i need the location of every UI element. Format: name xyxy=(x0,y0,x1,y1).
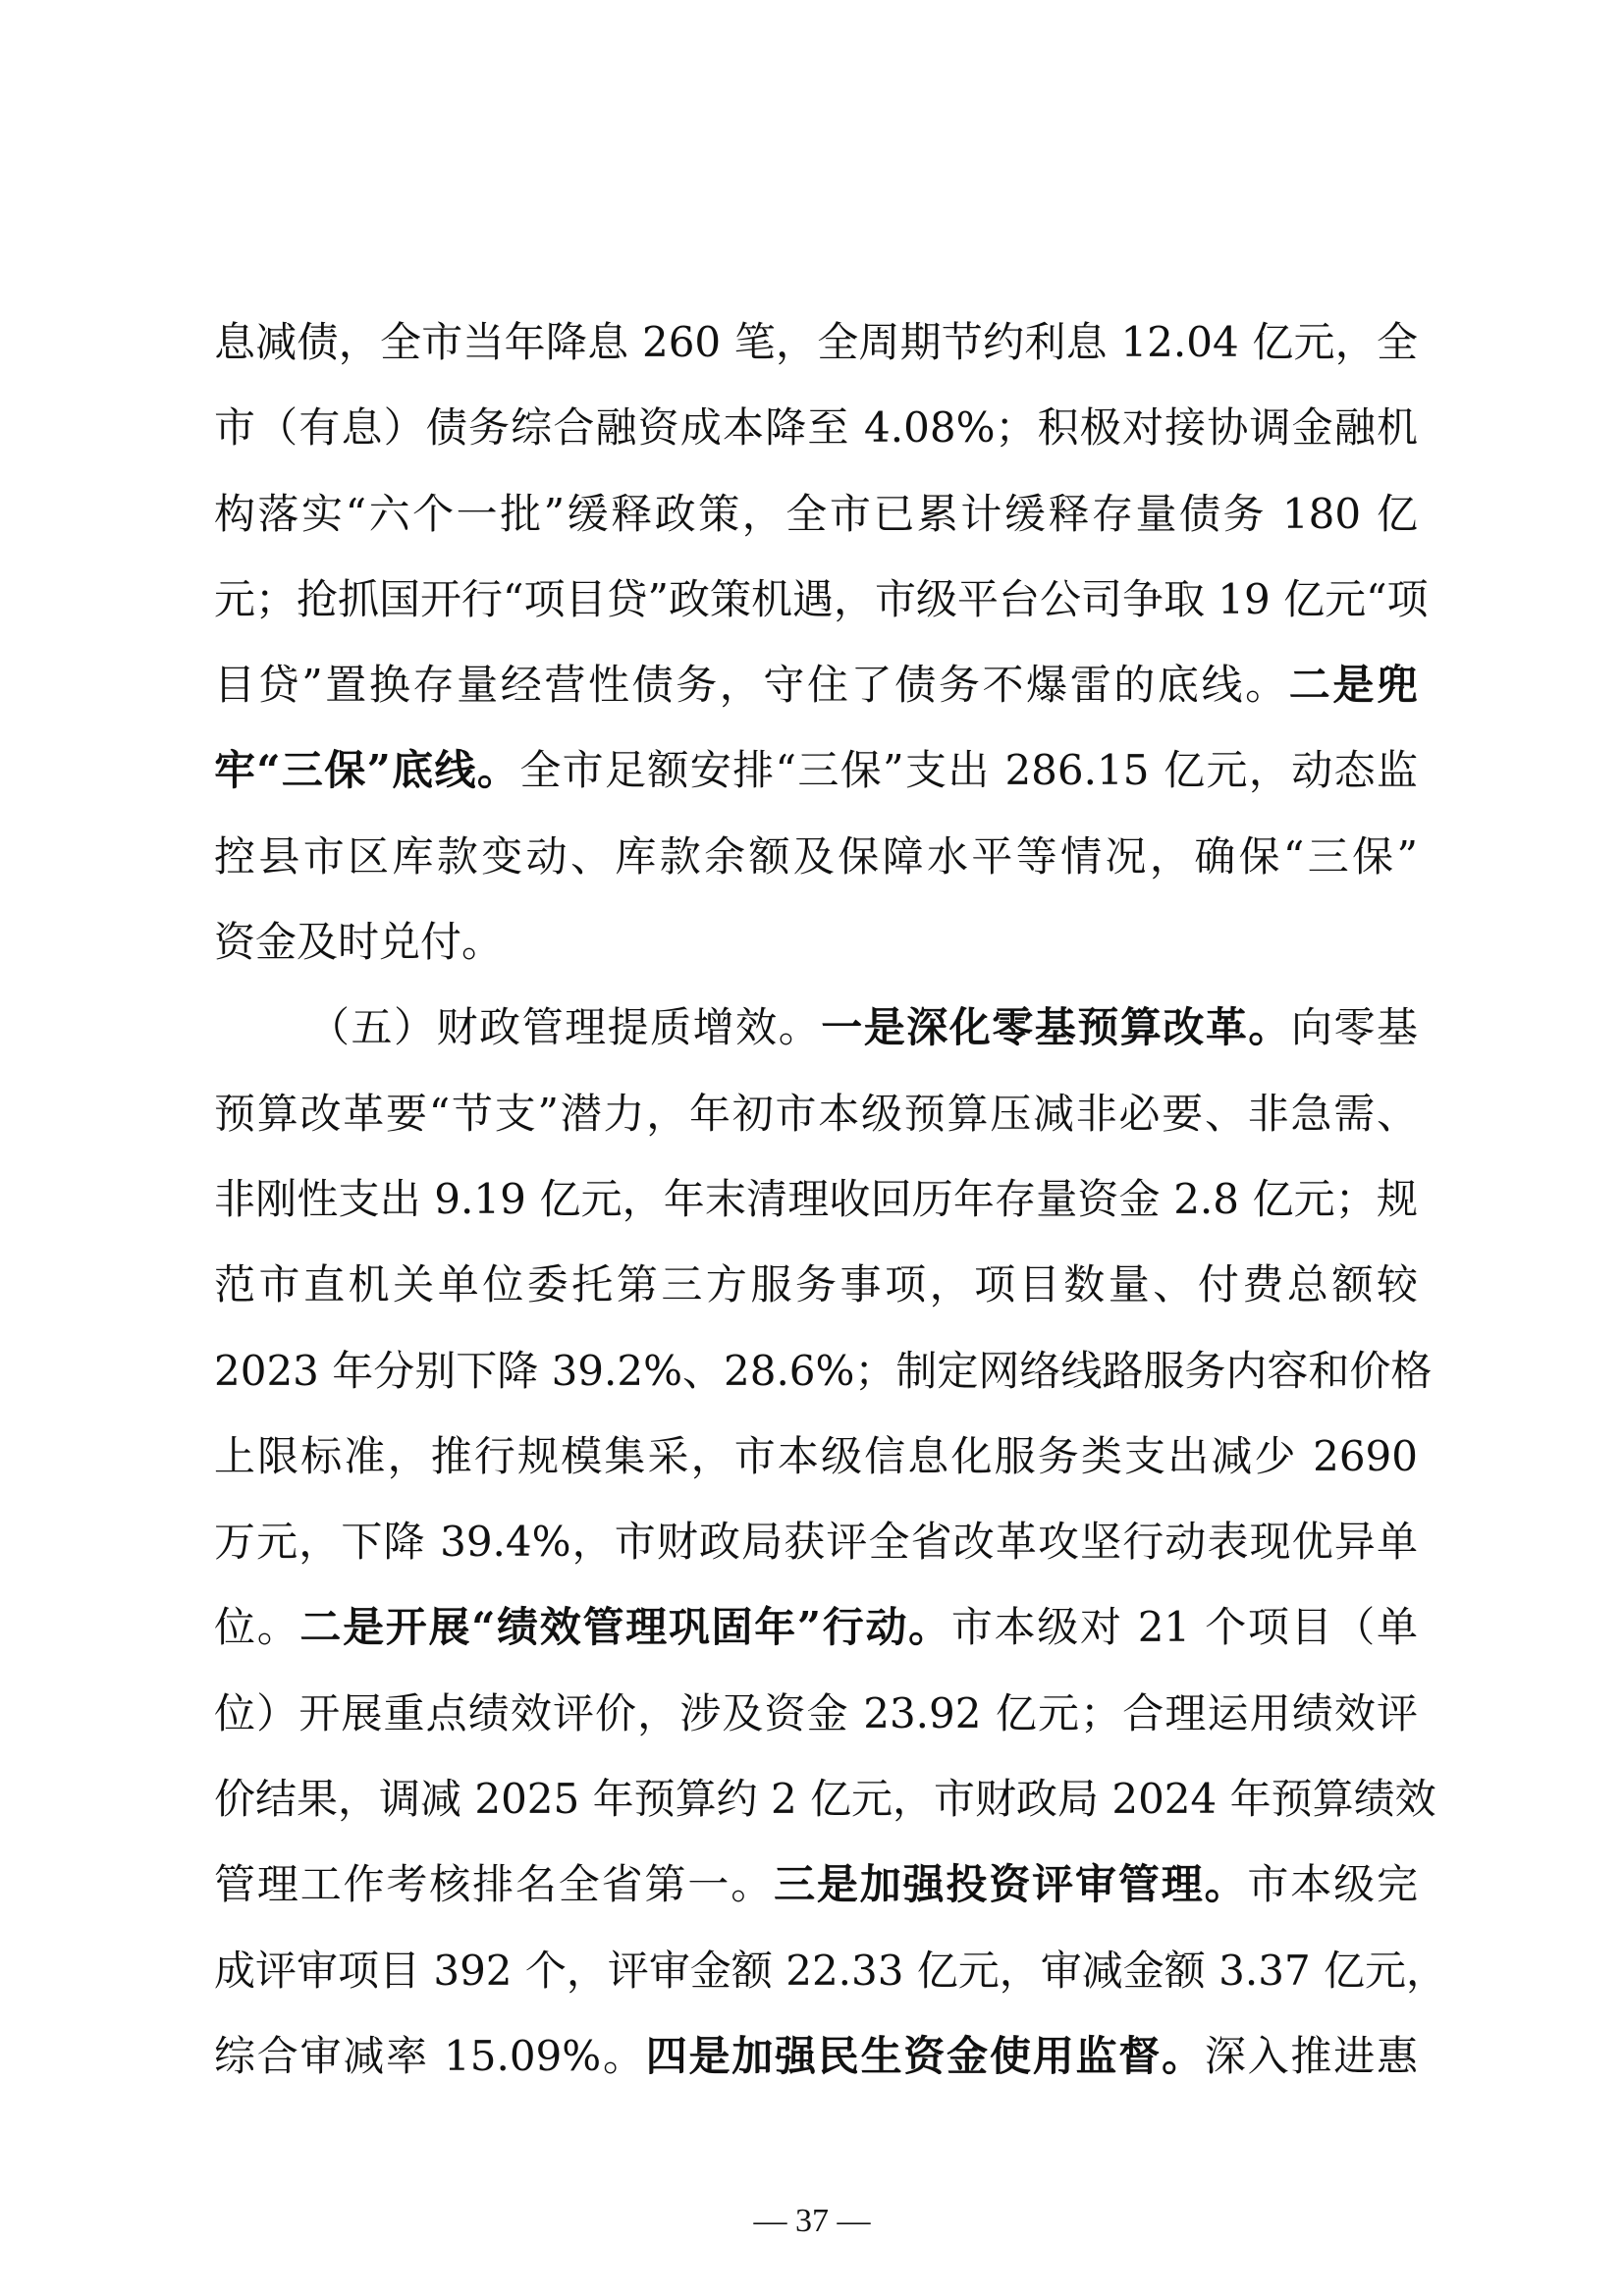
text-line: 2023 年分别下降 39.2%、28.6%；制定网络线路服务内容和价格 xyxy=(214,1328,1418,1414)
text-line: 构落实“六个一批”缓释政策，全市已累计缓释存量债务 180 亿 xyxy=(214,471,1418,557)
text-line: 位。二是开展“绩效管理巩固年”行动。市本级对 21 个项目（单 xyxy=(214,1584,1418,1670)
text-line: 元；抢抓国开行“项目贷”政策机遇，市级平台公司争取 19 亿元“项 xyxy=(214,557,1418,642)
text-line: （五）财政管理提质增效。一是深化零基预算改革。向零基 xyxy=(214,985,1418,1070)
body-text-segment: 控县市区库款变动、库款余额及保障水平等情况，确保“三保” xyxy=(214,832,1418,881)
body-text-segment: （五）财政管理提质增效。 xyxy=(308,1003,821,1051)
body-text-segment: 预算改革要“节支”潜力，年初市本级预算压减非必要、非急需、 xyxy=(214,1090,1418,1138)
body-text-segment: 管理工作考核排名全省第一。 xyxy=(214,1860,774,1908)
text-line: 上限标准，推行规模集采，市本级信息化服务类支出减少 2690 xyxy=(214,1414,1418,1499)
text-line: 非刚性支出 9.19 亿元，年末清理收回历年存量资金 2.8 亿元；规 xyxy=(214,1156,1418,1242)
body-text-segment: 范市直机关单位委托第三方服务事项，项目数量、付费总额较 xyxy=(214,1260,1418,1308)
body-text-segment: 成评审项目 392 个，评审金额 22.33 亿元，审减金额 3.37 亿元， xyxy=(214,1947,1447,1995)
bold-heading-text: 二是开展“绩效管理巩固年”行动。 xyxy=(299,1603,950,1651)
text-line: 目贷”置换存量经营性债务，守住了债务不爆雷的底线。二是兜 xyxy=(214,642,1418,727)
body-text-segment: 2023 年分别下降 39.2%、28.6%；制定网络线路服务内容和价格 xyxy=(214,1347,1432,1395)
text-line: 范市直机关单位委托第三方服务事项，项目数量、付费总额较 xyxy=(214,1242,1418,1327)
text-line: 息减债，全市当年降息 260 笔，全周期节约利息 12.04 亿元，全 xyxy=(214,299,1418,385)
body-text-segment: 目贷”置换存量经营性债务，守住了债务不爆雷的底线。 xyxy=(214,661,1289,709)
bold-heading-text: 二是兜 xyxy=(1289,661,1418,709)
body-text-segment: 价结果，调减 2025 年预算约 2 亿元，市财政局 2024 年预算绩效 xyxy=(214,1775,1436,1823)
text-line: 预算改革要“节支”潜力，年初市本级预算压减非必要、非急需、 xyxy=(214,1071,1418,1156)
document-page: 息减债，全市当年降息 260 笔，全周期节约利息 12.04 亿元，全市（有息）… xyxy=(0,0,1624,2296)
body-text-segment: 深入推进惠 xyxy=(1205,2032,1418,2080)
body-text-segment: 市（有息）债务综合融资成本降至 4.08%；积极对接协调金融机 xyxy=(214,403,1418,452)
text-line: 成评审项目 392 个，评审金额 22.33 亿元，审减金额 3.37 亿元， xyxy=(214,1928,1418,2013)
body-text-segment: 全市足额安排“三保”支出 286.15 亿元，动态监 xyxy=(519,746,1418,794)
text-line: 综合审减率 15.09%。四是加强民生资金使用监督。深入推进惠 xyxy=(214,2013,1418,2099)
body-text-segment: 综合审减率 15.09%。 xyxy=(214,2032,646,2080)
body-text-segment: 上限标准，推行规模集采，市本级信息化服务类支出减少 2690 xyxy=(214,1432,1418,1480)
body-text-segment: 位。 xyxy=(214,1603,299,1651)
bold-heading-text: 牢“三保”底线。 xyxy=(214,746,519,794)
body-text-segment: 市本级对 21 个项目（单 xyxy=(951,1603,1418,1651)
body-text-segment: 构落实“六个一批”缓释政策，全市已累计缓释存量债务 180 亿 xyxy=(214,490,1418,538)
page-number: — 37 — xyxy=(0,2203,1624,2240)
body-text-segment: 资金及时兑付。 xyxy=(214,918,503,966)
body-text: 息减债，全市当年降息 260 笔，全周期节约利息 12.04 亿元，全市（有息）… xyxy=(214,299,1418,2099)
body-text-segment: 市本级完 xyxy=(1247,1860,1418,1908)
body-text-segment: 元；抢抓国开行“项目贷”政策机遇，市级平台公司争取 19 亿元“项 xyxy=(214,575,1429,623)
body-text-segment: 息减债，全市当年降息 260 笔，全周期节约利息 12.04 亿元，全 xyxy=(214,318,1418,366)
text-line: 管理工作考核排名全省第一。三是加强投资评审管理。市本级完 xyxy=(214,1842,1418,1927)
text-line: 价结果，调减 2025 年预算约 2 亿元，市财政局 2024 年预算绩效 xyxy=(214,1756,1418,1842)
body-text-segment: 向零基 xyxy=(1291,1003,1418,1051)
text-line: 位）开展重点绩效评价，涉及资金 23.92 亿元；合理运用绩效评 xyxy=(214,1671,1418,1756)
body-text-segment: 万元，下降 39.4%，市财政局获评全省改革攻坚行动表现优异单 xyxy=(214,1518,1418,1566)
body-text-segment: 非刚性支出 9.19 亿元，年末清理收回历年存量资金 2.8 亿元；规 xyxy=(214,1175,1418,1223)
text-line: 资金及时兑付。 xyxy=(214,899,1418,985)
text-line: 控县市区库款变动、库款余额及保障水平等情况，确保“三保” xyxy=(214,814,1418,899)
text-line: 万元，下降 39.4%，市财政局获评全省改革攻坚行动表现优异单 xyxy=(214,1499,1418,1584)
body-text-segment: 位）开展重点绩效评价，涉及资金 23.92 亿元；合理运用绩效评 xyxy=(214,1689,1418,1737)
text-line: 市（有息）债务综合融资成本降至 4.08%；积极对接协调金融机 xyxy=(214,385,1418,470)
text-line: 牢“三保”底线。全市足额安排“三保”支出 286.15 亿元，动态监 xyxy=(214,727,1418,813)
bold-heading-text: 三是加强投资评审管理。 xyxy=(774,1860,1247,1908)
bold-heading-text: 四是加强民生资金使用监督。 xyxy=(646,2032,1205,2080)
bold-heading-text: 一是深化零基预算改革。 xyxy=(821,1003,1291,1051)
